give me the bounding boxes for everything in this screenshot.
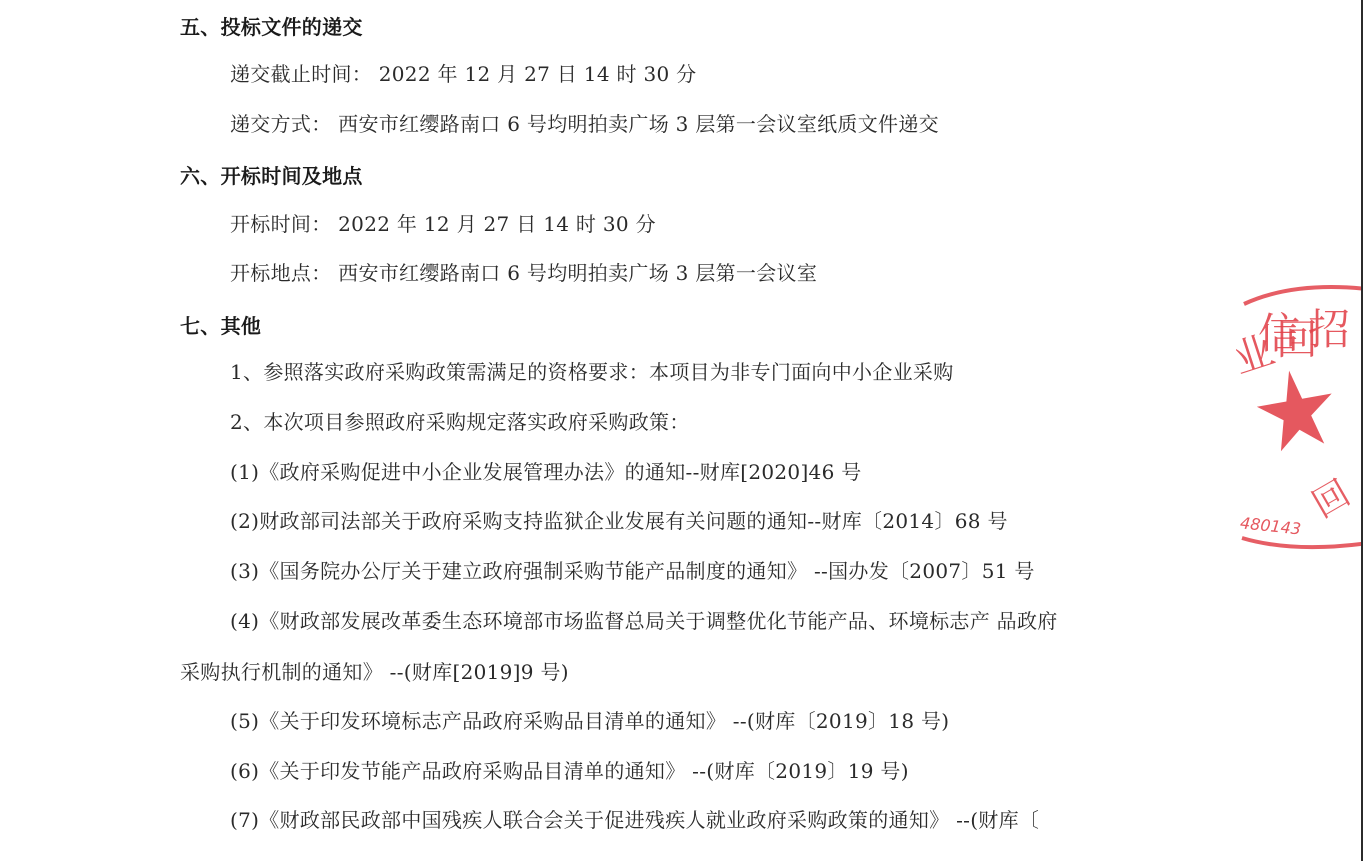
policy-item-2: 2、本次项目参照政府采购规定落实政府采购政策： [230,410,690,434]
official-seal-stamp: 业 回 信 招 480143 回 [1236,282,1363,552]
svg-text:480143: 480143 [1239,513,1302,538]
policy-item-1: 1、参照落实政府采购政策需满足的资格要求：本项目为非专门面向中小企业采购 [230,360,954,384]
opening-time: 开标时间： 2022 年 12 月 27 日 14 时 30 分 [230,212,656,236]
submission-deadline: 递交截止时间： 2022 年 12 月 27 日 14 时 30 分 [230,62,696,86]
policy-ref-6: (6)《关于印发节能产品政府采购品目清单的通知》 --(财库〔2019〕19 号… [230,759,909,783]
policy-ref-1: (1)《政府采购促进中小企业发展管理办法》的通知--财库[2020]46 号 [230,460,862,484]
svg-text:招: 招 [1308,305,1350,354]
policy-ref-5: (5)《关于印发环境标志产品政府采购品目清单的通知》 --(财库〔2019〕18… [230,709,949,733]
section-heading-7: 七、其他 [180,314,261,338]
policy-ref-2: (2)财政部司法部关于政府采购支持监狱企业发展有关问题的通知--财库〔2014〕… [230,509,1008,533]
svg-text:回: 回 [1306,473,1358,527]
svg-text:业: 业 [1236,327,1280,383]
policy-ref-4-continued: 采购执行机制的通知》 --(财库[2019]9 号) [180,660,569,684]
document-page: 五、投标文件的递交 递交截止时间： 2022 年 12 月 27 日 14 时 … [0,0,1361,861]
opening-location: 开标地点： 西安市红缨路南口 6 号均明拍卖广场 3 层第一会议室 [230,261,817,285]
section-heading-5: 五、投标文件的递交 [180,15,363,39]
policy-ref-4: (4)《财政部发展改革委生态环境部市场监督总局关于调整优化节能产品、环境标志产 … [230,609,1058,633]
section-heading-6: 六、开标时间及地点 [180,164,363,188]
submission-method: 递交方式： 西安市红缨路南口 6 号均明拍卖广场 3 层第一会议室纸质文件递交 [230,112,939,136]
policy-ref-3: (3)《国务院办公厅关于建立政府强制采购节能产品制度的通知》 --国办发〔200… [230,559,1035,583]
policy-ref-7: (7)《财政部民政部中国残疾人联合会关于促进残疾人就业政府采购政策的通知》 --… [230,808,1039,832]
svg-text:回: 回 [1276,315,1318,364]
svg-text:信: 信 [1258,309,1300,358]
